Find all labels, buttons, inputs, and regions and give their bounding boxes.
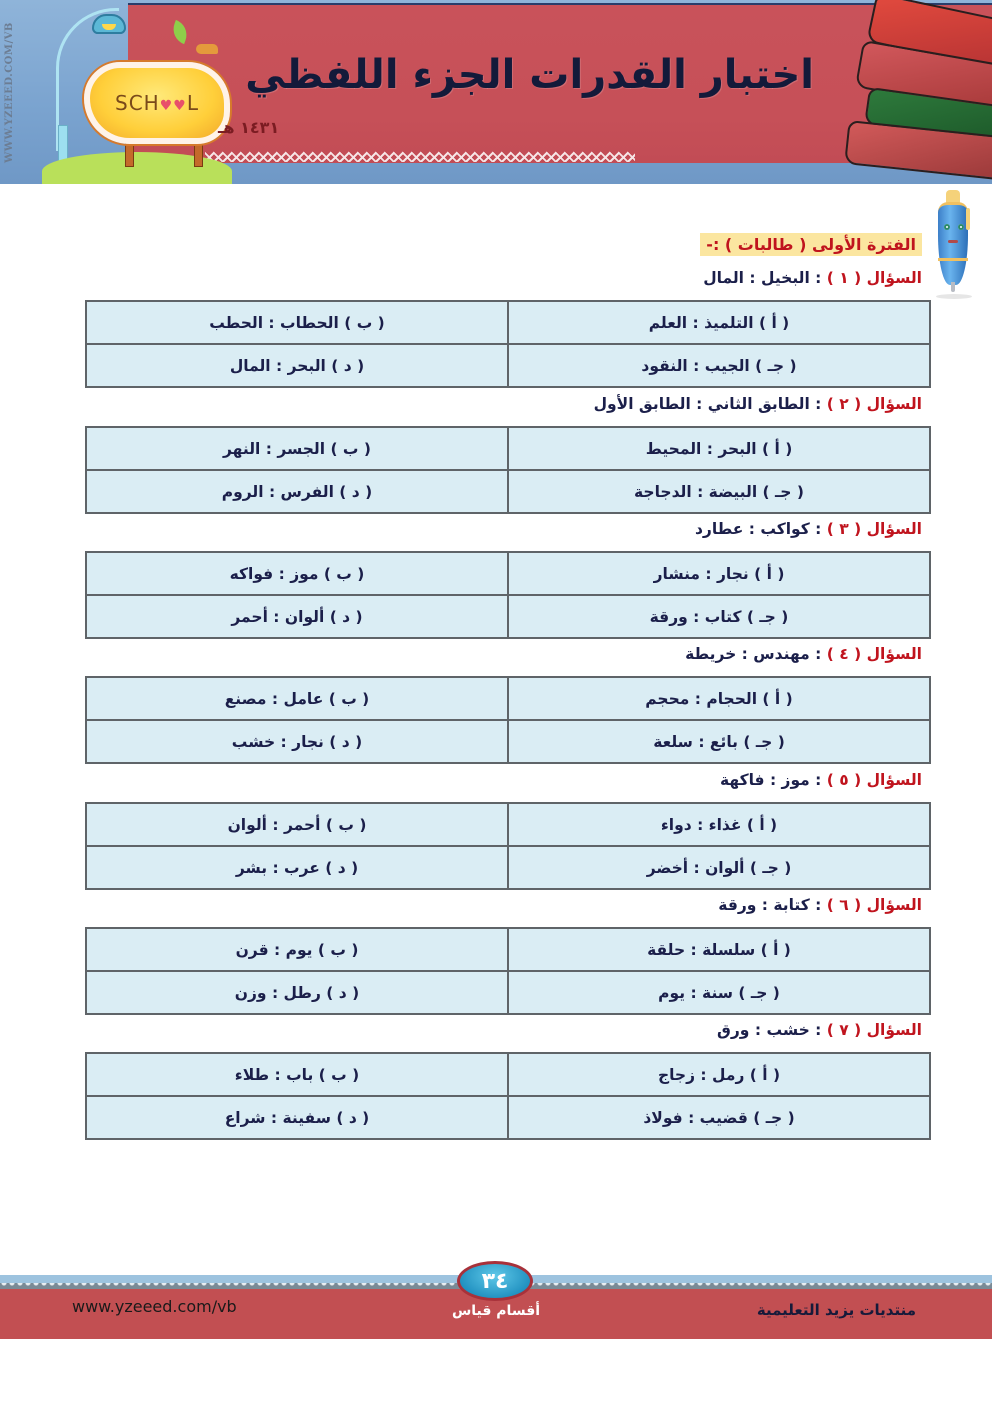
option-b[interactable]: ( ب ) يوم : قرن <box>86 928 508 971</box>
pen-band <box>938 258 968 261</box>
option-a[interactable]: ( أ ) سلسلة : حلقة <box>508 928 930 971</box>
table-row: ( أ ) نجار : منشار ( ب ) موز : فواكه <box>86 552 930 595</box>
option-d[interactable]: ( د ) رطل : وزن <box>86 971 508 1014</box>
option-d[interactable]: ( د ) البحر : المال <box>86 344 508 387</box>
pen-mascot-icon <box>934 188 974 300</box>
question-label: السؤال ( ٤ ) <box>827 645 922 663</box>
footer-forum-name: منتديات يزيد التعليمية <box>757 1301 916 1319</box>
table-row: ( جـ ) سنة : يوم ( د ) رطل : وزن <box>86 971 930 1014</box>
question-2-options: ( أ ) البحر : المحيط ( ب ) الجسر : النهر… <box>85 426 931 514</box>
option-b[interactable]: ( ب ) موز : فواكه <box>86 552 508 595</box>
question-stem: : كتابة : ورقة <box>718 896 826 914</box>
option-b[interactable]: ( ب ) الحطاب : الحطب <box>86 301 508 344</box>
table-row: ( جـ ) البيضة : الدجاجة ( د ) الفرس : ال… <box>86 470 930 513</box>
table-row: ( أ ) غذاء : دواء ( ب ) أحمر : ألوان <box>86 803 930 846</box>
section-heading: الفترة الأولى ( طالبات ) :- <box>700 233 922 256</box>
eye-icon <box>944 224 950 230</box>
option-a[interactable]: ( أ ) غذاء : دواء <box>508 803 930 846</box>
question-label: السؤال ( ٣ ) <box>827 520 922 538</box>
question-4-prompt: السؤال ( ٤ ) : مهندس : خريطة <box>685 645 922 663</box>
question-stem: : البخيل : المال <box>703 269 827 287</box>
pen-body <box>938 202 968 285</box>
option-a[interactable]: ( أ ) رمل : زجاج <box>508 1053 930 1096</box>
option-c[interactable]: ( جـ ) قضيب : فولاذ <box>508 1096 930 1139</box>
table-row: ( أ ) رمل : زجاج ( ب ) باب : طلاء <box>86 1053 930 1096</box>
option-d[interactable]: ( د ) عرب : بشر <box>86 846 508 889</box>
table-row: ( جـ ) ألوان : أخضر ( د ) عرب : بشر <box>86 846 930 889</box>
option-b[interactable]: ( ب ) أحمر : ألوان <box>86 803 508 846</box>
option-d[interactable]: ( د ) نجار : خشب <box>86 720 508 763</box>
question-5-prompt: السؤال ( ٥ ) : موز : فاكهة <box>720 771 922 789</box>
question-2-prompt: السؤال ( ٢ ) : الطابق الثاني : الطابق ال… <box>594 395 922 413</box>
pen-tip <box>951 282 955 292</box>
table-row: ( أ ) سلسلة : حلقة ( ب ) يوم : قرن <box>86 928 930 971</box>
table-row: ( جـ ) بائع : سلعة ( د ) نجار : خشب <box>86 720 930 763</box>
table-row: ( جـ ) قضيب : فولاذ ( د ) سفينة : شراع <box>86 1096 930 1139</box>
eye-icon <box>958 224 964 230</box>
option-a[interactable]: ( أ ) البحر : المحيط <box>508 427 930 470</box>
question-3-prompt: السؤال ( ٣ ) : كواكب : عطارد <box>695 520 922 538</box>
pen-eyes <box>944 224 964 230</box>
question-label: السؤال ( ٢ ) <box>827 395 922 413</box>
option-b[interactable]: ( ب ) باب : طلاء <box>86 1053 508 1096</box>
pen-mouth <box>948 240 958 243</box>
question-7-prompt: السؤال ( ٧ ) : خشب : ورق <box>717 1021 922 1039</box>
option-c[interactable]: ( جـ ) سنة : يوم <box>508 971 930 1014</box>
pen-clip <box>966 208 970 230</box>
option-b[interactable]: ( ب ) الجسر : النهر <box>86 427 508 470</box>
option-c[interactable]: ( جـ ) كتاب : ورقة <box>508 595 930 638</box>
table-row: ( أ ) التلميذ : العلم ( ب ) الحطاب : الح… <box>86 301 930 344</box>
option-a[interactable]: ( أ ) نجار : منشار <box>508 552 930 595</box>
question-stem: : مهندس : خريطة <box>685 645 827 663</box>
option-c[interactable]: ( جـ ) الجيب : النقود <box>508 344 930 387</box>
option-c[interactable]: ( جـ ) ألوان : أخضر <box>508 846 930 889</box>
question-label: السؤال ( ١ ) <box>827 269 922 287</box>
question-6-prompt: السؤال ( ٦ ) : كتابة : ورقة <box>718 896 922 914</box>
option-d[interactable]: ( د ) ألوان : أحمر <box>86 595 508 638</box>
document-body: الفترة الأولى ( طالبات ) :- السؤال ( ١ )… <box>0 0 992 1403</box>
page-number-badge: ٣٤ <box>457 1261 533 1301</box>
question-1-prompt: السؤال ( ١ ) : البخيل : المال <box>703 269 922 287</box>
question-3-options: ( أ ) نجار : منشار ( ب ) موز : فواكه ( ج… <box>85 551 931 639</box>
question-label: السؤال ( ٥ ) <box>827 771 922 789</box>
question-label: السؤال ( ٦ ) <box>827 896 922 914</box>
table-row: ( أ ) الحجام : محجم ( ب ) عامل : مصنع <box>86 677 930 720</box>
option-d[interactable]: ( د ) الفرس : الروم <box>86 470 508 513</box>
pen-shadow <box>936 294 972 299</box>
option-a[interactable]: ( أ ) التلميذ : العلم <box>508 301 930 344</box>
question-stem: : موز : فاكهة <box>720 771 827 789</box>
table-row: ( أ ) البحر : المحيط ( ب ) الجسر : النهر <box>86 427 930 470</box>
question-4-options: ( أ ) الحجام : محجم ( ب ) عامل : مصنع ( … <box>85 676 931 764</box>
table-row: ( جـ ) كتاب : ورقة ( د ) ألوان : أحمر <box>86 595 930 638</box>
question-7-options: ( أ ) رمل : زجاج ( ب ) باب : طلاء ( جـ )… <box>85 1052 931 1140</box>
question-5-options: ( أ ) غذاء : دواء ( ب ) أحمر : ألوان ( ج… <box>85 802 931 890</box>
option-d[interactable]: ( د ) سفينة : شراع <box>86 1096 508 1139</box>
option-c[interactable]: ( جـ ) البيضة : الدجاجة <box>508 470 930 513</box>
question-stem: : خشب : ورق <box>717 1021 827 1039</box>
question-stem: : الطابق الثاني : الطابق الأول <box>594 395 827 413</box>
question-stem: : كواكب : عطارد <box>695 520 827 538</box>
question-6-options: ( أ ) سلسلة : حلقة ( ب ) يوم : قرن ( جـ … <box>85 927 931 1015</box>
question-1-options: ( أ ) التلميذ : العلم ( ب ) الحطاب : الح… <box>85 300 931 388</box>
option-c[interactable]: ( جـ ) بائع : سلعة <box>508 720 930 763</box>
option-a[interactable]: ( أ ) الحجام : محجم <box>508 677 930 720</box>
table-row: ( جـ ) الجيب : النقود ( د ) البحر : الما… <box>86 344 930 387</box>
question-label: السؤال ( ٧ ) <box>827 1021 922 1039</box>
option-b[interactable]: ( ب ) عامل : مصنع <box>86 677 508 720</box>
